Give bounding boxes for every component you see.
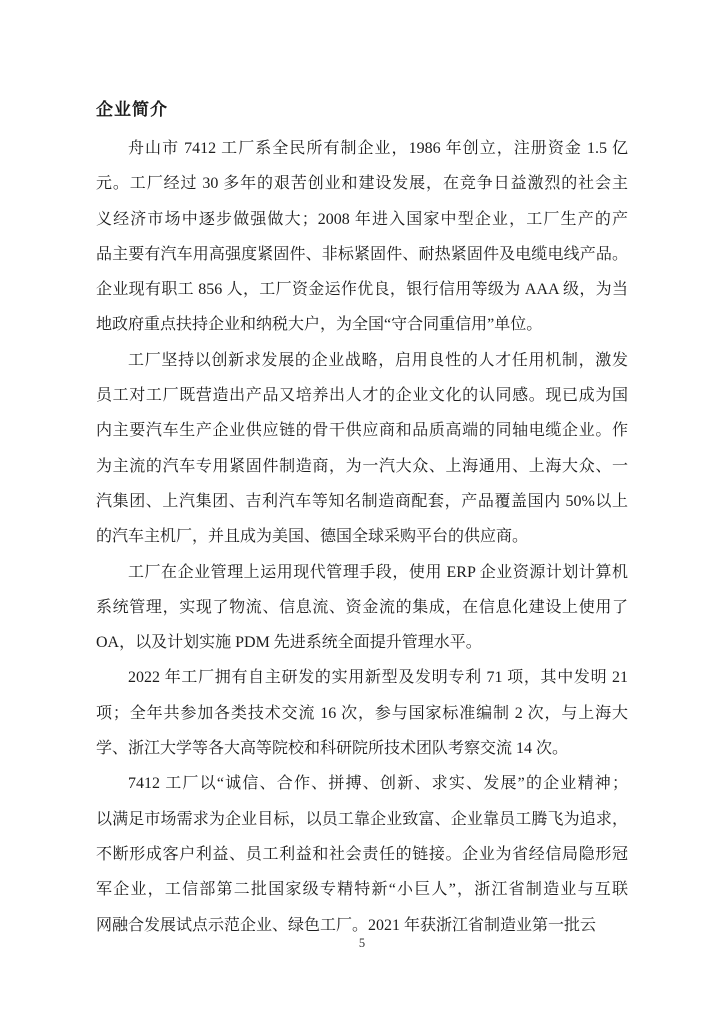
text-line: 7412 工厂以“诚信、合作、拼搏、创新、求实、发展”的企业精神； — [96, 766, 628, 801]
text-line: OA，以及计划实施 PDM 先进系统全面提升管理水平。 — [96, 625, 628, 660]
text-line: 品主要有汽车用高强度紧固件、非标紧固件、耐热紧固件及电缆电线产品。 — [96, 237, 628, 272]
document-page: 企业简介 舟山市 7412 工厂系全民所有制企业，1986 年创立，注册资金 1… — [0, 0, 724, 1024]
text-line: 舟山市 7412 工厂系全民所有制企业，1986 年创立，注册资金 1.5 亿 — [96, 131, 628, 166]
document-body: 舟山市 7412 工厂系全民所有制企业，1986 年创立，注册资金 1.5 亿元… — [96, 131, 628, 943]
text-line: 为主流的汽车专用紧固件制造商，为一汽大众、上海通用、上海大众、一 — [96, 449, 628, 484]
text-line: 的汽车主机厂，并且成为美国、德国全球采购平台的供应商。 — [96, 519, 628, 554]
text-line: 工厂在企业管理上运用现代管理手段，使用 ERP 企业资源计划计算机 — [96, 555, 628, 590]
text-line: 系统管理，实现了物流、信息流、资金流的集成，在信息化建设上使用了 — [96, 590, 628, 625]
text-line: 以满足市场需求为企业目标，以员工靠企业致富、企业靠员工腾飞为追求， — [96, 802, 628, 837]
text-line: 项；全年共参加各类技术交流 16 次，参与国家标准编制 2 次，与上海大 — [96, 696, 628, 731]
text-line: 2022 年工厂拥有自主研发的实用新型及发明专利 71 项，其中发明 21 — [96, 660, 628, 695]
page-number: 5 — [0, 936, 724, 951]
section-heading: 企业简介 — [96, 95, 168, 120]
text-line: 不断形成客户利益、员工利益和社会责任的链接。企业为省经信局隐形冠 — [96, 837, 628, 872]
text-line: 内主要汽车生产企业供应链的骨干供应商和品质高端的同轴电缆企业。作 — [96, 413, 628, 448]
text-line: 军企业，工信部第二批国家级专精特新“小巨人”，浙江省制造业与互联 — [96, 872, 628, 907]
text-line: 员工对工厂既营造出产品又培养出人才的企业文化的认同感。现已成为国 — [96, 378, 628, 413]
text-line: 义经济市场中逐步做强做大；2008 年进入国家中型企业，工厂生产的产 — [96, 202, 628, 237]
text-line: 地政府重点扶持企业和纳税大户，为全国“守合同重信用”单位。 — [96, 307, 628, 342]
text-line: 元。工厂经过 30 多年的艰苦创业和建设发展，在竞争日益激烈的社会主 — [96, 166, 628, 201]
text-line: 学、浙江大学等各大高等院校和科研院所技术团队考察交流 14 次。 — [96, 731, 628, 766]
text-line: 工厂坚持以创新求发展的企业战略，启用良性的人才任用机制，激发 — [96, 343, 628, 378]
text-line: 汽集团、上汽集团、吉利汽车等知名制造商配套，产品覆盖国内 50%以上 — [96, 484, 628, 519]
text-line: 企业现有职工 856 人，工厂资金运作优良，银行信用等级为 AAA 级，为当 — [96, 272, 628, 307]
